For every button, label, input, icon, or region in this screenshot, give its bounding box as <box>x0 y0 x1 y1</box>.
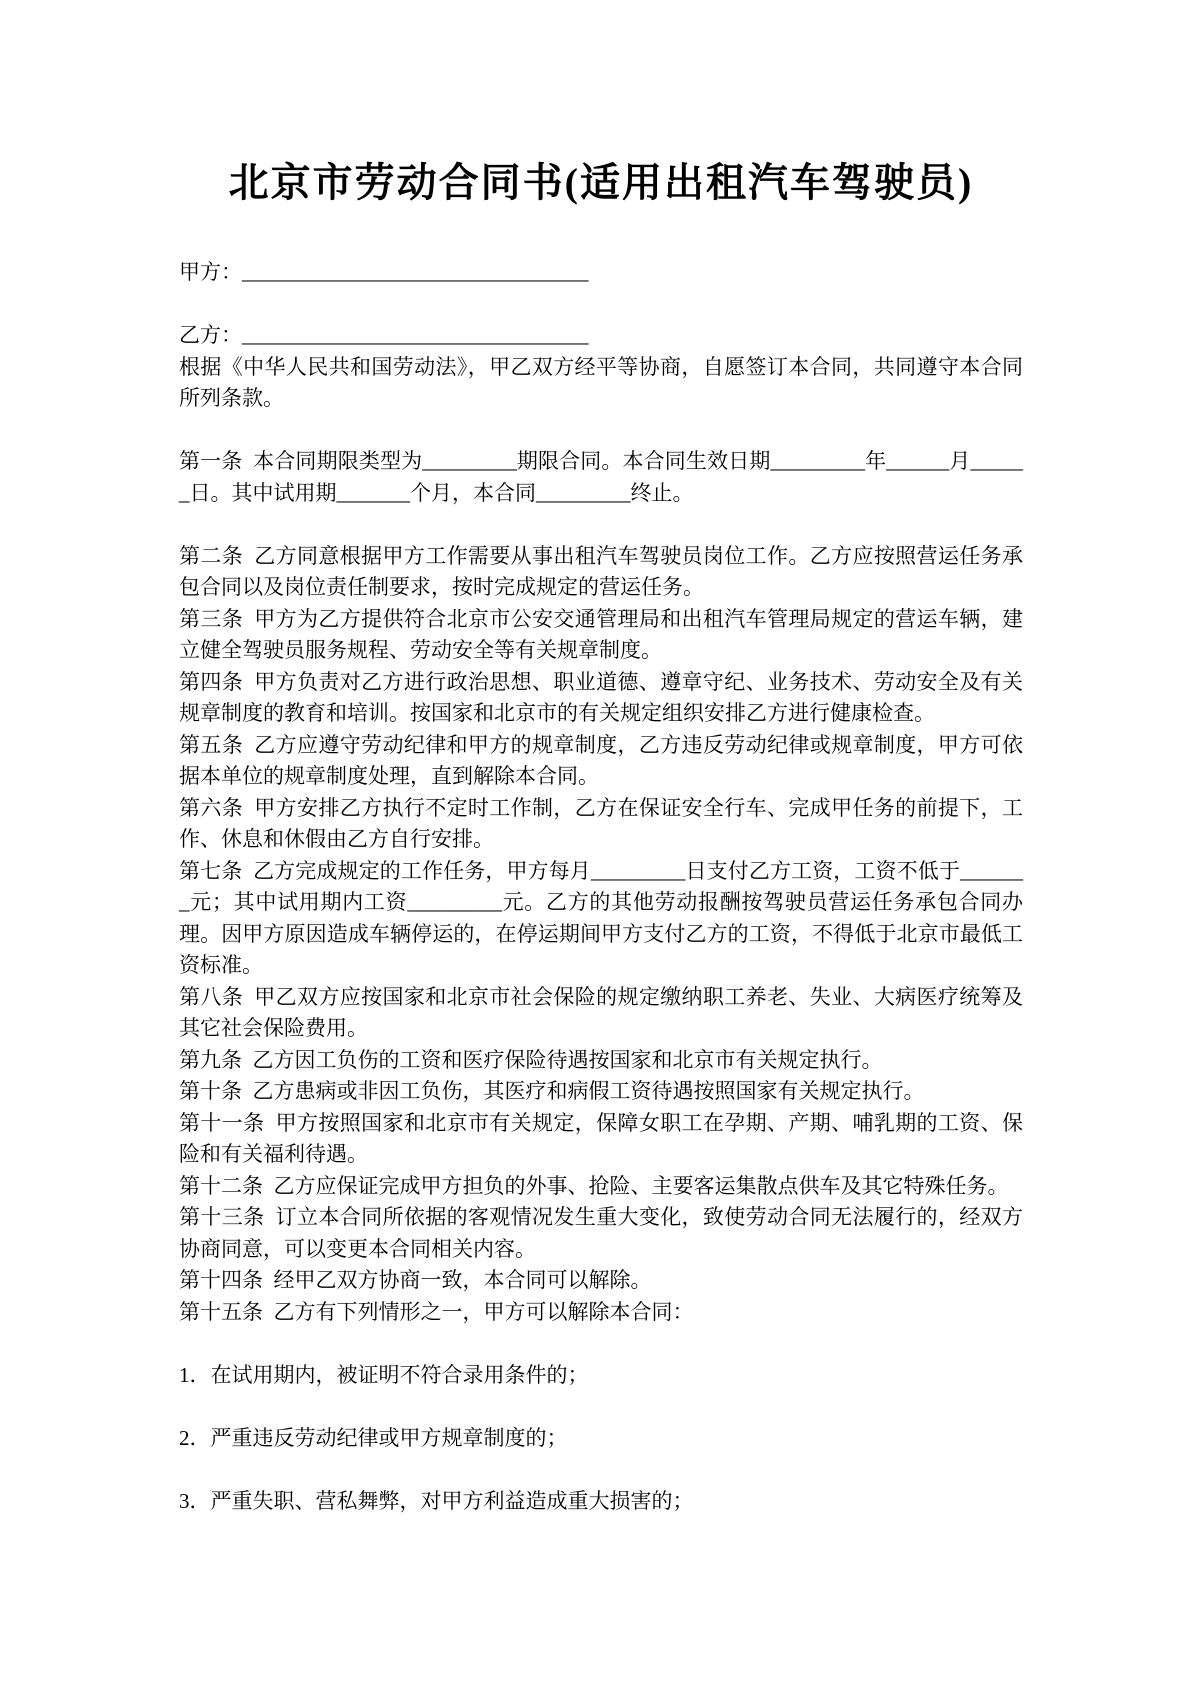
clause-13: 第十三条 订立本合同所依据的客观情况发生重大变化，致使劳动合同无法履行的，经双方… <box>179 1202 1023 1265</box>
clause-10: 第十条 乙方患病或非因工负伤，其医疗和病假工资待遇按照国家有关规定执行。 <box>179 1076 1023 1108</box>
clause-3: 第三条 甲方为乙方提供符合北京市公安交通管理局和出租汽车管理局规定的营运车辆，建… <box>179 604 1023 667</box>
party-b-line: 乙方：_________________________________ <box>179 320 1023 352</box>
contract-document-page: 北京市劳动合同书(适用出租汽车驾驶员) 甲方：_________________… <box>0 0 1190 1683</box>
clause-6: 第六条 甲方安排乙方执行不定时工作制，乙方在保证安全行车、完成甲任务的前提下，工… <box>179 793 1023 856</box>
party-a-line: 甲方：_________________________________ <box>179 257 1023 289</box>
termination-item-3: 3．严重失职、营私舞弊，对甲方利益造成重大损害的； <box>179 1486 1023 1518</box>
document-title: 北京市劳动合同书(适用出租汽车驾驶员) <box>179 160 1023 206</box>
clause-14: 第十四条 经甲乙双方协商一致，本合同可以解除。 <box>179 1265 1023 1297</box>
clause-7: 第七条 乙方完成规定的工作任务，甲方每月_________日支付乙方工资，工资不… <box>179 856 1023 982</box>
clause-2: 第二条 乙方同意根据甲方工作需要从事出租汽车驾驶员岗位工作。乙方应按照营运任务承… <box>179 541 1023 604</box>
intro-paragraph: 根据《中华人民共和国劳动法》，甲乙双方经平等协商，自愿签订本合同，共同遵守本合同… <box>179 352 1023 415</box>
clause-15: 第十五条 乙方有下列情形之一，甲方可以解除本合同： <box>179 1297 1023 1329</box>
clause-8: 第八条 甲乙双方应按国家和北京市社会保险的规定缴纳职工养老、失业、大病医疗统筹及… <box>179 982 1023 1045</box>
termination-item-2: 2．严重违反劳动纪律或甲方规章制度的； <box>179 1423 1023 1455</box>
termination-item-1: 1．在试用期内，被证明不符合录用条件的； <box>179 1360 1023 1392</box>
clause-5: 第五条 乙方应遵守劳动纪律和甲方的规章制度，乙方违反劳动纪律或规章制度，甲方可依… <box>179 730 1023 793</box>
clause-12: 第十二条 乙方应保证完成甲方担负的外事、抢险、主要客运集散点供车及其它特殊任务。 <box>179 1171 1023 1203</box>
clause-9: 第九条 乙方因工负伤的工资和医疗保险待遇按国家和北京市有关规定执行。 <box>179 1045 1023 1077</box>
clause-1: 第一条 本合同期限类型为_________期限合同。本合同生效日期_______… <box>179 446 1023 509</box>
clause-4: 第四条 甲方负责对乙方进行政治思想、职业道德、遵章守纪、业务技术、劳动安全及有关… <box>179 667 1023 730</box>
clause-11: 第十一条 甲方按照国家和北京市有关规定，保障女职工在孕期、产期、哺乳期的工资、保… <box>179 1108 1023 1171</box>
